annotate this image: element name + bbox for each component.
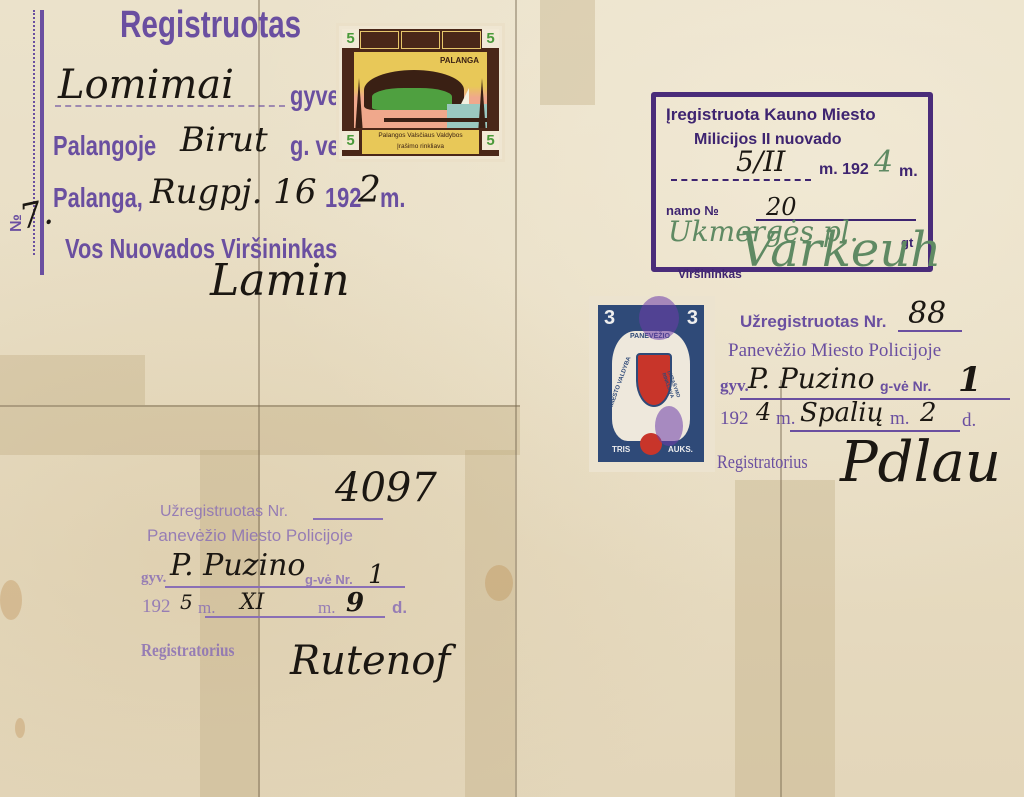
- denomination: 3: [604, 307, 615, 330]
- stain: [485, 565, 513, 601]
- cancel-ink: [655, 406, 683, 446]
- handwritten-year: 5: [180, 590, 193, 614]
- day-suffix: d.: [962, 410, 976, 432]
- handwritten-day: 9: [346, 588, 364, 618]
- stain: [15, 718, 25, 738]
- handwritten-street: P. Puzino: [748, 362, 874, 395]
- handwritten-street: Birut: [180, 120, 268, 160]
- handwritten-reg-number: 4097: [335, 465, 437, 511]
- document-page: № 7. Registruotas Lomimai gyventojis Pal…: [0, 0, 1024, 797]
- registrar-signature: Pdlau: [840, 430, 1001, 495]
- registrar-signature: Rutenof: [290, 638, 450, 684]
- registered-number-label: Užregistruotas Nr.: [740, 312, 886, 332]
- sailboat-icon: [461, 88, 469, 104]
- fold-line: [515, 0, 517, 797]
- handwritten-year: 4: [756, 398, 771, 426]
- stamp-landscape: PALANGA: [354, 52, 487, 128]
- underline: [313, 518, 383, 520]
- cancel-ink: [639, 296, 679, 340]
- street-number-label: g-vė Nr.: [305, 572, 353, 587]
- stamp-caption: Palangos Valsčiaus Valdybos Įrašimo rink…: [362, 130, 479, 154]
- green-signature: Varkeuh: [740, 222, 941, 278]
- stamp-line-1: Įregistruota Kauno Miesto: [666, 105, 876, 125]
- handwritten-street: P. Puzino: [170, 548, 305, 583]
- year-suffix: m.: [380, 182, 405, 214]
- palanga-signature: Lamin: [210, 255, 350, 306]
- handwritten-date: 5/II: [736, 145, 785, 178]
- denomination: 5: [342, 29, 359, 48]
- dashed-line: [671, 179, 811, 181]
- day-label: m.: [318, 598, 335, 618]
- year-prefix: 192: [325, 182, 361, 214]
- stamp-value-word: TRIS: [612, 445, 630, 454]
- day-label: m.: [890, 408, 910, 430]
- tape-strip: [735, 480, 835, 797]
- resident-label: gyv.: [141, 570, 166, 587]
- handwritten-year: 2: [358, 170, 381, 211]
- stamp-text-left: MIESTO VALDYBA: [609, 356, 633, 408]
- denomination: 5: [482, 131, 499, 150]
- registrar-label: Registratorius: [141, 640, 234, 661]
- tape-strip: [465, 450, 515, 797]
- handwritten-month: Spalių: [800, 398, 883, 428]
- palangoje-label: Palangoje: [53, 130, 156, 162]
- stamp-name: PALANGA: [440, 56, 479, 65]
- year-prefix: 192: [720, 408, 749, 430]
- month-label: m.: [776, 408, 796, 430]
- police-label: Panevėžio Miesto Policijoje: [728, 340, 941, 362]
- registrar-label: Registratorius: [717, 452, 808, 474]
- underline: [165, 586, 405, 588]
- margin-rule: [40, 10, 44, 275]
- handwritten-reg-number: 88: [908, 296, 946, 331]
- street-number-label: g-vė Nr.: [880, 378, 931, 394]
- day-suffix: d.: [392, 598, 407, 618]
- handwritten-year: 4: [874, 145, 893, 180]
- stain: [0, 580, 22, 620]
- denomination: 5: [342, 131, 359, 150]
- month-label: m.: [198, 598, 215, 618]
- fold-line: [780, 380, 782, 797]
- underline: [205, 616, 385, 618]
- palanga-date-label: Palanga,: [53, 182, 143, 214]
- denomination: 5: [482, 29, 499, 48]
- tape-strip: [0, 405, 520, 455]
- handwritten-date: Rugpj. 16: [150, 172, 316, 212]
- year-prefix: 192: [142, 596, 171, 618]
- palanga-revenue-stamp: 5 5 5 5 PALANGA Palangos Valsčiaus Valdy…: [339, 26, 502, 159]
- panevezys-revenue-stamp: 3 3 PANEVĖŽIO MIESTO VALDYBA ĮSIRAŠYMO R…: [589, 296, 715, 472]
- police-label: Panevėžio Miesto Policijoje: [147, 526, 353, 546]
- registered-number-label: Užregistruotas Nr.: [160, 503, 288, 521]
- handwritten-house-number: 1: [958, 360, 982, 400]
- resident-label: gyv.: [720, 376, 749, 396]
- year-prefix: m. 192: [819, 161, 869, 179]
- registration-title: Registruotas: [120, 4, 301, 47]
- denomination: 3: [687, 307, 698, 330]
- year-suffix: m.: [899, 163, 918, 181]
- side-handwriting: 7.: [16, 192, 56, 238]
- handwritten-day: 2: [920, 398, 937, 428]
- tape-strip: [0, 355, 145, 405]
- stamp-currency: AUKS.: [668, 445, 693, 454]
- handwritten-month: XI: [240, 590, 264, 615]
- fold-line: [0, 405, 520, 407]
- chief-label: Viršininkas: [678, 267, 742, 281]
- tape-strip: [540, 0, 595, 105]
- dashed-line: [55, 105, 285, 107]
- handwritten-name: Lomimai: [58, 62, 234, 108]
